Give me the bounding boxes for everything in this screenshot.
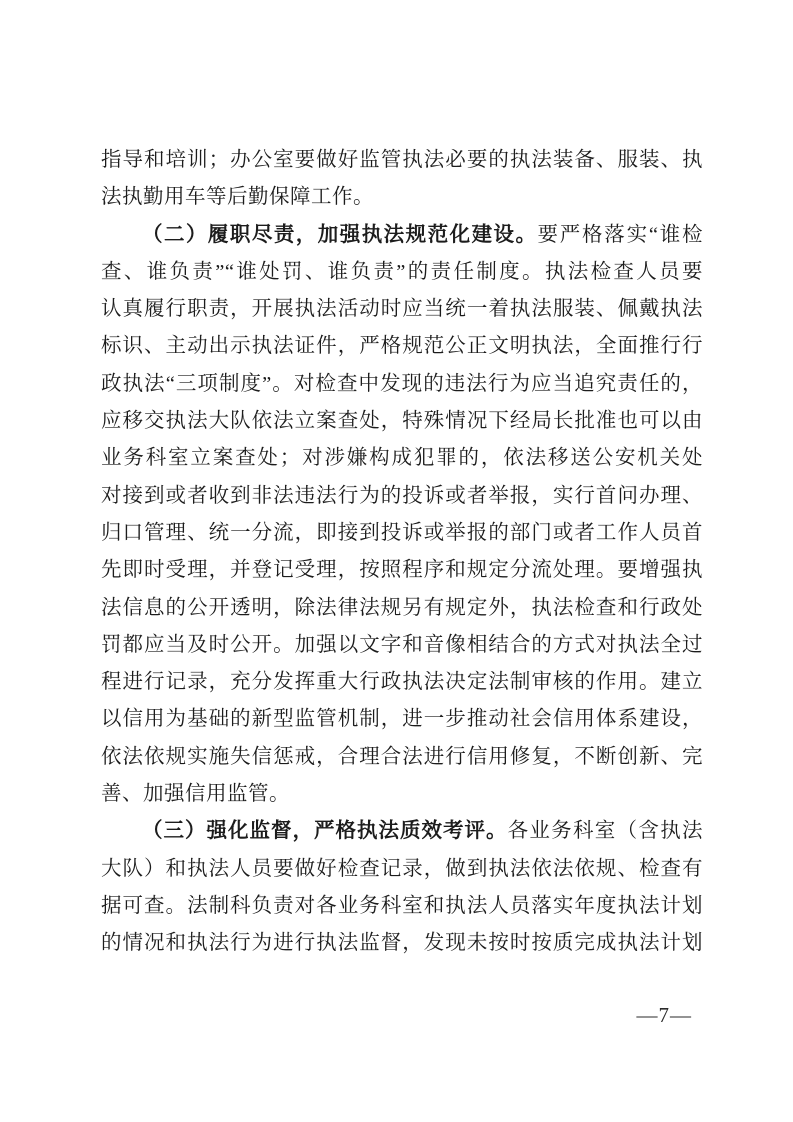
- body-run: 法执勤用车等后勤保障工作。: [101, 186, 374, 208]
- text-line: 法执勤用车等后勤保障工作。: [101, 179, 703, 216]
- text-line: 政执法“三项制度”。对检查中发现的违法行为应当追究责任的，: [101, 366, 703, 403]
- body-run: 善、加强信用监管。: [101, 783, 290, 805]
- text-line: 善、加强信用监管。: [101, 776, 703, 813]
- body-run: 各业务科室（含执法: [508, 820, 703, 842]
- text-line: 查、谁负责”“谁处罚、谁负责”的责任制度。执法检查人员要: [101, 254, 703, 291]
- body-run: 大队）和执法人员要做好检查记录，做到执法依法依规、检查有: [101, 858, 703, 880]
- body-run: 对接到或者收到非法违法行为的投诉或者举报，实行首问办理、: [101, 485, 703, 507]
- body-run: 认真履行职责，开展执法活动时应当统一着执法服装、佩戴执法: [101, 298, 703, 320]
- text-line: 的情况和执法行为进行执法监督，发现未按时按质完成执法计划: [101, 925, 703, 962]
- body-run: 指导和培训；办公室要做好监管执法必要的执法装备、服装、执: [101, 149, 703, 171]
- body-run: 依法依规实施失信惩戒，合理合法进行信用修复，不断创新、完: [101, 746, 703, 768]
- text-line: （二）履职尽责，加强执法规范化建设。要严格落实“谁检: [101, 217, 703, 254]
- body-run: 的情况和执法行为进行执法监督，发现未按时按质完成执法计划: [101, 932, 703, 954]
- text-line: 归口管理、统一分流，即接到投诉或举报的部门或者工作人员首: [101, 515, 703, 552]
- text-line: 认真履行职责，开展执法活动时应当统一着执法服装、佩戴执法: [101, 291, 703, 328]
- body-run: 归口管理、统一分流，即接到投诉或举报的部门或者工作人员首: [101, 522, 703, 544]
- body-run: 罚都应当及时公开。加强以文字和音像相结合的方式对执法全过: [101, 634, 703, 656]
- text-line: 指导和培训；办公室要做好监管执法必要的执法装备、服装、执: [101, 142, 703, 179]
- text-line: 依法依规实施失信惩戒，合理合法进行信用修复，不断创新、完: [101, 739, 703, 776]
- text-line: 对接到或者收到非法违法行为的投诉或者举报，实行首问办理、: [101, 478, 703, 515]
- text-line: 应移交执法大队依法立案查处，特殊情况下经局长批准也可以由: [101, 403, 703, 440]
- heading-run: （二）履职尽责，加强执法规范化建设。: [142, 224, 537, 246]
- body-run: 先即时受理，并登记受理，按照程序和规定分流处理。要增强执: [101, 559, 703, 581]
- text-line: 业务科室立案查处；对涉嫌构成犯罪的，依法移送公安机关处理。: [101, 440, 703, 477]
- text-line: （三）强化监督，严格执法质效考评。各业务科室（含执法: [101, 813, 703, 850]
- body-run: 查、谁负责”“谁处罚、谁负责”的责任制度。执法检查人员要: [101, 261, 703, 283]
- body-run: 法信息的公开透明，除法律法规另有规定外，执法检查和行政处: [101, 597, 703, 619]
- body-run: 应移交执法大队依法立案查处，特殊情况下经局长批准也可以由: [101, 410, 703, 432]
- body-run: 政执法“三项制度”。对检查中发现的违法行为应当追究责任的，: [101, 373, 703, 395]
- text-line: 先即时受理，并登记受理，按照程序和规定分流处理。要增强执: [101, 552, 703, 589]
- body-run: 程进行记录，充分发挥重大行政执法决定法制审核的作用。建立: [101, 671, 703, 693]
- body-run: 据可查。法制科负责对各业务科室和执法人员落实年度执法计划: [101, 895, 703, 917]
- document-body: 指导和培训；办公室要做好监管执法必要的执法装备、服装、执法执勤用车等后勤保障工作…: [101, 142, 703, 963]
- body-run: 以信用为基础的新型监管机制，进一步推动社会信用体系建设，: [101, 708, 703, 730]
- document-page: 指导和培训；办公室要做好监管执法必要的执法装备、服装、执法执勤用车等后勤保障工作…: [0, 0, 793, 1122]
- text-line: 以信用为基础的新型监管机制，进一步推动社会信用体系建设，: [101, 701, 703, 738]
- text-line: 大队）和执法人员要做好检查记录，做到执法依法依规、检查有: [101, 851, 703, 888]
- body-run: 要严格落实“谁检: [537, 224, 703, 246]
- text-line: 程进行记录，充分发挥重大行政执法决定法制审核的作用。建立: [101, 664, 703, 701]
- text-line: 罚都应当及时公开。加强以文字和音像相结合的方式对执法全过: [101, 627, 703, 664]
- body-run: 标识、主动出示执法证件，严格规范公正文明执法，全面推行行: [101, 335, 703, 357]
- text-line: 法信息的公开透明，除法律法规另有规定外，执法检查和行政处: [101, 590, 703, 627]
- page-number: —7—: [637, 1000, 693, 1030]
- text-line: 标识、主动出示执法证件，严格规范公正文明执法，全面推行行: [101, 328, 703, 365]
- heading-run: （三）强化监督，严格执法质效考评。: [142, 820, 508, 842]
- body-run: 业务科室立案查处；对涉嫌构成犯罪的，依法移送公安机关处理。: [101, 447, 703, 477]
- text-line: 据可查。法制科负责对各业务科室和执法人员落实年度执法计划: [101, 888, 703, 925]
